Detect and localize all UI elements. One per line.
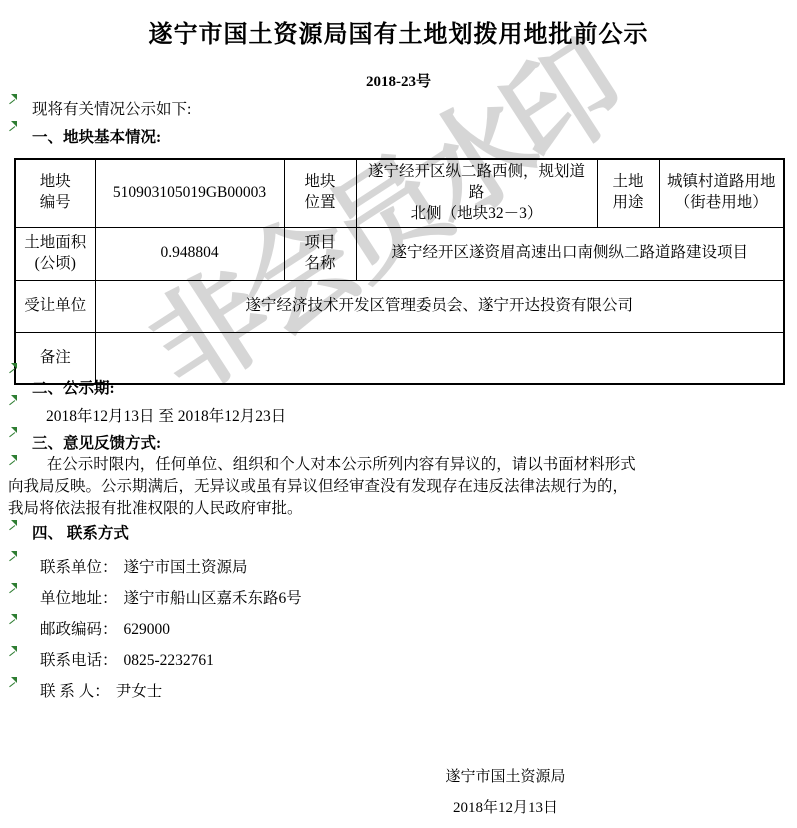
paragraph-mark-icon	[8, 551, 17, 560]
feedback-paragraph: 在公示时限内，任何单位、组织和个人对本公示所列内容有异议的，请以书面材料形式 向…	[8, 454, 790, 520]
contact-person-label: 联 系 人：	[40, 683, 110, 700]
page-title: 遂宁市国土资源局国有土地划拨用地批前公示	[0, 14, 797, 49]
paragraph-mark-icon	[8, 395, 17, 404]
cell-parcel-number-label: 地块 编号	[15, 159, 95, 227]
cell-parcel-number-value: 510903105019GB00003	[95, 159, 284, 227]
contact-unit-line: 联系单位：遂宁市国土资源局	[40, 555, 248, 577]
contact-postcode-label: 邮政编码：	[40, 621, 118, 638]
paragraph-mark-icon	[8, 363, 17, 372]
cell-land-use-value: 城镇村道路用地 （街巷用地）	[659, 159, 784, 227]
paragraph-mark-icon	[8, 455, 17, 464]
cell-transferee-label: 受让单位	[15, 280, 95, 332]
paragraph-mark-icon	[8, 583, 17, 592]
paragraph-mark-icon	[8, 427, 17, 436]
contact-unit-label: 联系单位：	[40, 559, 118, 576]
paragraph-mark-icon	[8, 677, 17, 686]
section4-heading: 四、 联系方式	[32, 521, 129, 543]
document-page: 非会员水印 遂宁市国土资源局国有土地划拨用地批前公示 2018-23号 现将有关…	[0, 0, 797, 828]
table-row: 受让单位 遂宁经济技术开发区管理委员会、遂宁开达投资有限公司	[15, 280, 784, 332]
paragraph-mark-icon	[8, 121, 17, 130]
contact-postcode-value: 629000	[124, 621, 171, 638]
footer-date: 2018年12月13日	[107, 796, 797, 817]
cell-land-use-label: 土地 用途	[597, 159, 659, 227]
cell-parcel-location-label: 地块 位置	[284, 159, 356, 227]
cell-remarks-value	[95, 332, 784, 384]
intro-line: 现将有关情况公示如下:	[32, 97, 191, 119]
contact-phone-label: 联系电话：	[40, 652, 118, 669]
contact-address-label: 单位地址：	[40, 590, 118, 607]
cell-transferee-value: 遂宁经济技术开发区管理委员会、遂宁开达投资有限公司	[95, 280, 784, 332]
paragraph-mark-icon	[8, 646, 17, 655]
cell-project-name-label: 项目 名称	[284, 227, 356, 280]
cell-project-name-value: 遂宁经开区遂资眉高速出口南侧纵二路道路建设项目	[356, 227, 784, 280]
contact-phone-value: 0825-2232761	[124, 652, 214, 669]
section3-heading: 三、意见反馈方式:	[32, 431, 161, 453]
contact-phone-line: 联系电话：0825-2232761	[40, 648, 214, 670]
paragraph-mark-icon	[8, 94, 17, 103]
contact-postcode-line: 邮政编码：629000	[40, 617, 170, 639]
contact-person-value: 尹女士	[116, 683, 163, 700]
contact-address-value: 遂宁市船山区嘉禾东路6号	[124, 590, 302, 607]
contact-unit-value: 遂宁市国土资源局	[124, 559, 248, 576]
cell-land-area-value: 0.948804	[95, 227, 284, 280]
parcel-info-table: 地块 编号 510903105019GB00003 地块 位置 遂宁经开区纵二路…	[14, 158, 785, 385]
paragraph-mark-icon	[8, 520, 17, 529]
section2-heading: 二、公示期:	[32, 376, 115, 398]
cell-land-area-label: 土地面积 (公顷)	[15, 227, 95, 280]
table-row: 地块 编号 510903105019GB00003 地块 位置 遂宁经开区纵二路…	[15, 159, 784, 227]
contact-address-line: 单位地址：遂宁市船山区嘉禾东路6号	[40, 586, 302, 608]
cell-parcel-location-value: 遂宁经开区纵二路西侧，规划道路 北侧（地块32－3）	[356, 159, 597, 227]
section1-heading: 一、地块基本情况:	[32, 125, 161, 147]
table-row: 备注	[15, 332, 784, 384]
doc-number: 2018-23号	[0, 70, 797, 91]
contact-person-line: 联 系 人：尹女士	[40, 679, 162, 701]
paragraph-mark-icon	[8, 614, 17, 623]
publicity-period: 2018年12月13日 至 2018年12月23日	[46, 404, 286, 426]
footer-organization: 遂宁市国土资源局	[107, 765, 797, 786]
table-row: 土地面积 (公顷) 0.948804 项目 名称 遂宁经开区遂资眉高速出口南侧纵…	[15, 227, 784, 280]
